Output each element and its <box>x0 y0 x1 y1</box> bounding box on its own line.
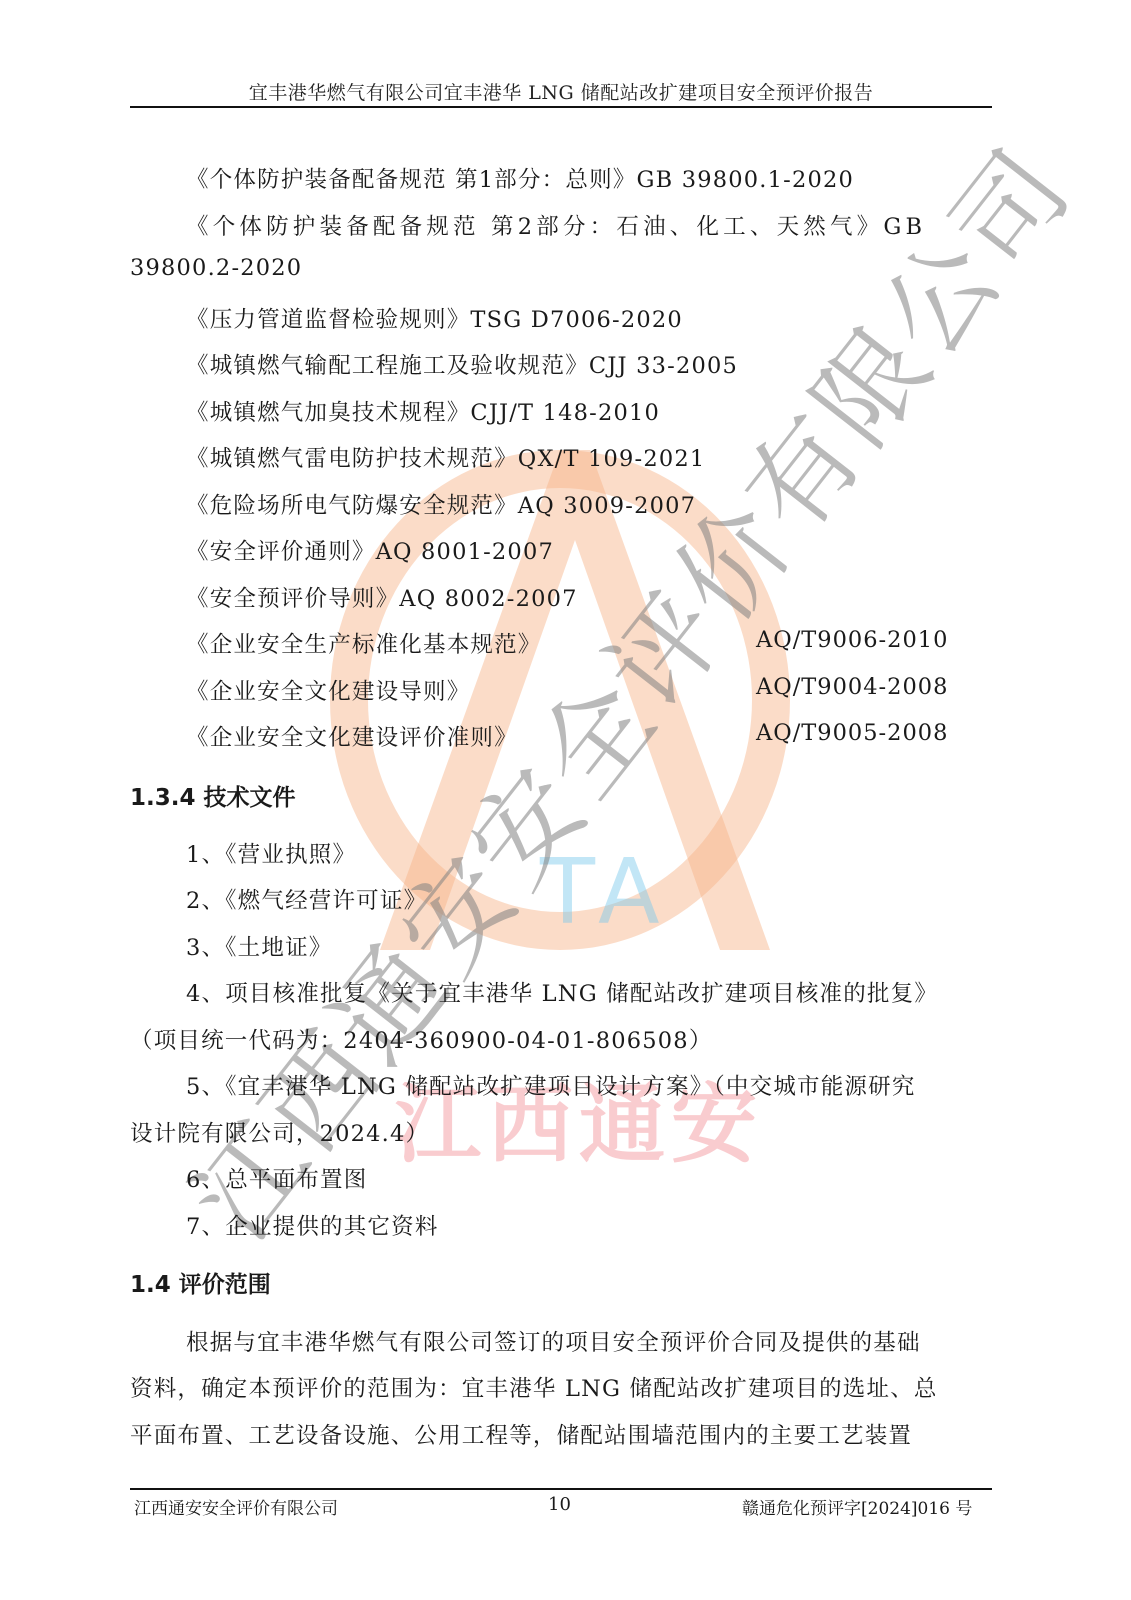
standard-item: 《城镇燃气加臭技术规程》CJJ/T 148-2010 <box>186 395 660 427</box>
standard-item: 《压力管道监督检验规则》TSG D7006-2020 <box>186 302 683 334</box>
standard-item-title: 《企业安全文化建设导则》 <box>186 674 470 706</box>
tech-doc-item: 2、《燃气经营许可证》 <box>186 883 427 915</box>
standard-item: 《危险场所电气防爆安全规范》AQ 3009-2007 <box>186 488 696 520</box>
tech-doc-item-continuation: （项目统一代码为：2404-360900-04-01-806508） <box>130 1023 713 1055</box>
page-header-title: 宜丰港华燃气有限公司宜丰港华 LNG 储配站改扩建项目安全预评价报告 <box>130 78 992 105</box>
standard-item: 《安全预评价导则》AQ 8002-2007 <box>186 581 578 613</box>
tech-doc-item: 4、项目核准批复《关于宜丰港华 LNG 储配站改扩建项目核准的批复》 <box>186 976 938 1008</box>
standard-item: 《个体防护装备配备规范 第2部分：石油、化工、天然气》GB <box>186 209 926 241</box>
scope-paragraph-line: 资料，确定本预评价的范围为：宜丰港华 LNG 储配站改扩建项目的选址、总 <box>130 1371 938 1403</box>
standard-item-continuation: 39800.2-2020 <box>130 255 302 281</box>
tech-doc-item: 5、《宜丰港华 LNG 储配站改扩建项目设计方案》（中交城市能源研究 <box>186 1069 916 1101</box>
scope-paragraph-line: 根据与宜丰港华燃气有限公司签订的项目安全预评价合同及提供的基础 <box>186 1325 921 1357</box>
page-number: 10 <box>548 1494 571 1515</box>
standard-item: 《城镇燃气雷电防护技术规范》QX/T 109-2021 <box>186 441 705 473</box>
footer-company: 江西通安安全评价有限公司 <box>134 1494 338 1519</box>
standard-item-title: 《企业安全生产标准化基本规范》 <box>186 627 542 659</box>
tech-doc-item: 1、《营业执照》 <box>186 837 356 869</box>
footer-divider <box>130 1488 992 1490</box>
standard-item: 《安全评价通则》AQ 8001-2007 <box>186 534 554 566</box>
section-heading-1-3-4: 1.3.4 技术文件 <box>130 779 296 812</box>
tech-doc-item-continuation: 设计院有限公司，2024.4） <box>130 1116 429 1148</box>
standard-item-title: 《企业安全文化建设评价准则》 <box>186 720 518 752</box>
tech-doc-item: 3、《土地证》 <box>186 930 332 962</box>
scope-paragraph-line: 平面布置、工艺设备设施、公用工程等，储配站围墙范围内的主要工艺装置 <box>130 1418 912 1450</box>
tech-doc-item: 6、总平面布置图 <box>186 1162 367 1194</box>
standard-item-code: AQ/T9006-2010 <box>756 627 948 653</box>
tech-doc-item: 7、企业提供的其它资料 <box>186 1209 439 1241</box>
footer-doc-number: 赣通危化预评字[2024]016 号 <box>742 1494 972 1519</box>
standard-item: 《个体防护装备配备规范 第1部分：总则》GB 39800.1-2020 <box>186 162 854 194</box>
standard-item-code: AQ/T9005-2008 <box>756 720 948 746</box>
watermark-ta-letters: TA <box>540 840 670 945</box>
standard-item-code: AQ/T9004-2008 <box>756 674 948 700</box>
section-heading-1-4: 1.4 评价范围 <box>130 1266 271 1299</box>
header-divider <box>130 106 992 108</box>
standard-item: 《城镇燃气输配工程施工及验收规范》CJJ 33-2005 <box>186 348 738 380</box>
